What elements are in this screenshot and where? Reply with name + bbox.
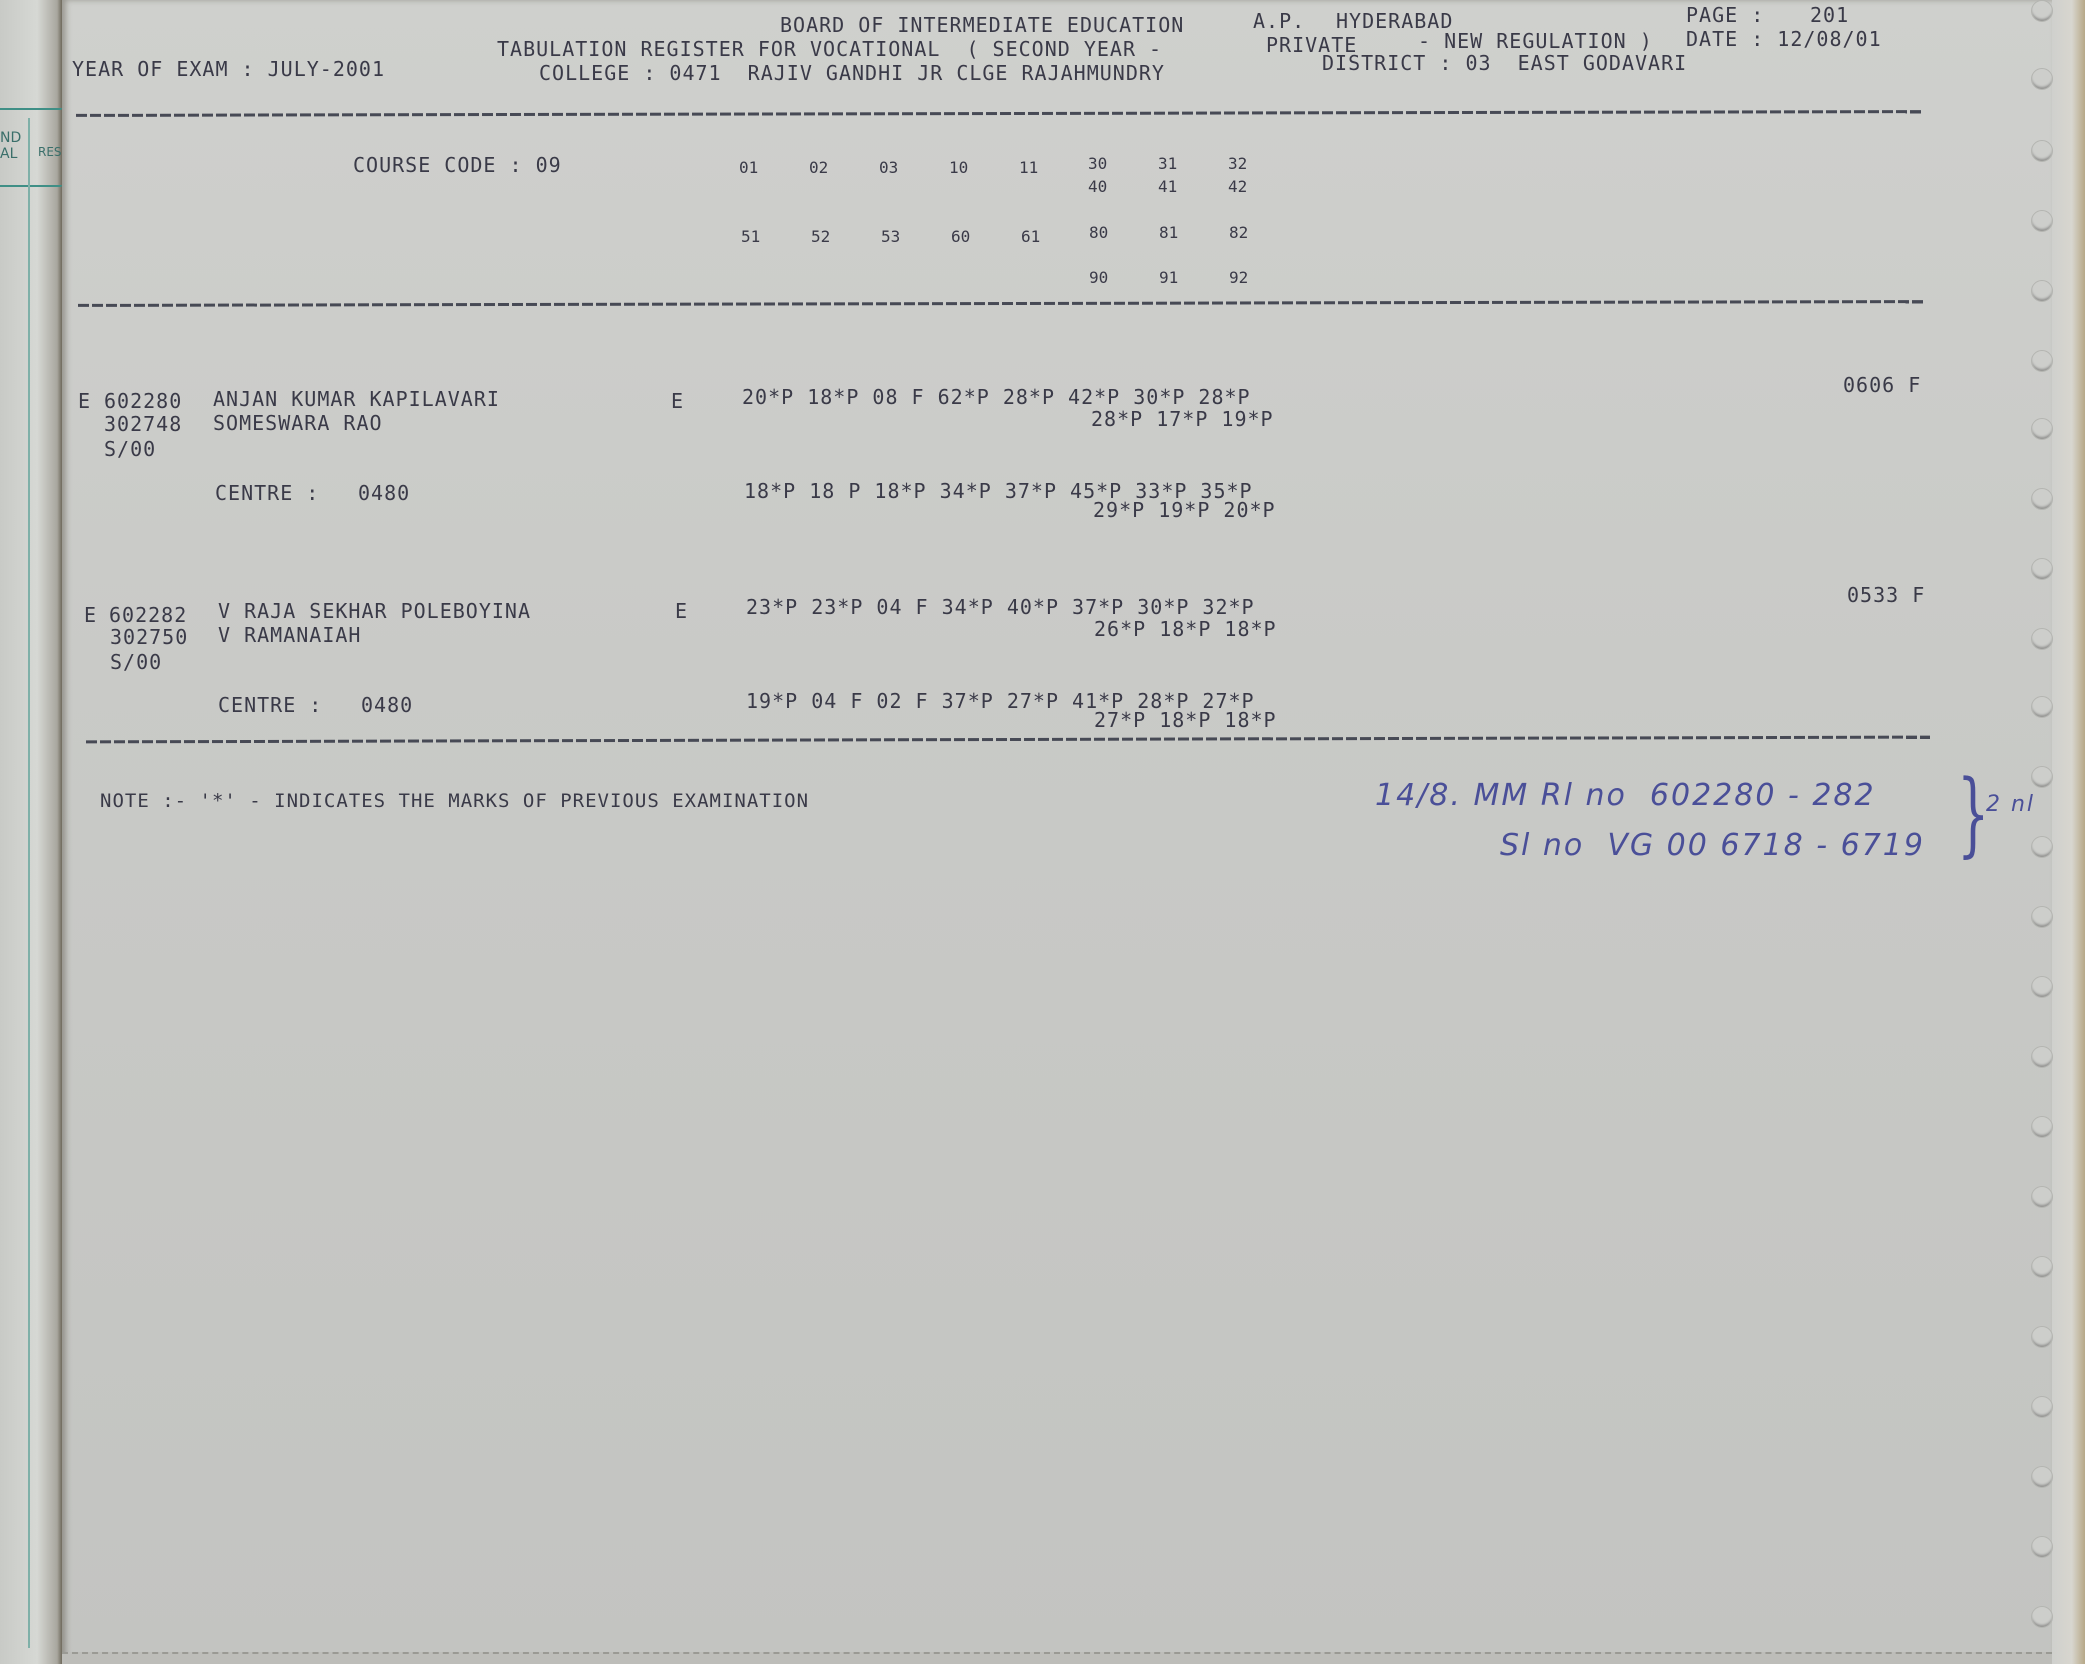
subject-code: 92: [1229, 268, 1299, 287]
marks-row: 20*P 18*P 08 F 62*P 28*P 42*P 30*P 28*P: [742, 386, 1251, 408]
page-bottom-edge: [62, 1652, 2052, 1664]
brace-icon: }: [1957, 768, 1989, 860]
subject-code: 60: [951, 227, 1021, 246]
feed-hole: [2031, 976, 2053, 998]
secondary-id: 302750: [110, 626, 188, 648]
binder-divider: [28, 118, 30, 1648]
feed-hole: [2031, 836, 2053, 858]
subject-code: 42: [1228, 177, 1298, 196]
feed-hole: [2031, 558, 2053, 580]
state-label: A.P.: [1253, 10, 1305, 32]
subject-code: 91: [1159, 268, 1229, 287]
roll-number: 602282: [109, 604, 187, 626]
roll-number: 602280: [104, 390, 182, 412]
subject-codes-row2-right-top: 80 81 82: [1089, 223, 1299, 242]
subject-code: 61: [1021, 227, 1091, 246]
subject-code: 32: [1228, 154, 1298, 173]
district-label: DISTRICT : 03 EAST GODAVARI: [1322, 52, 1687, 74]
subject-code: 01: [739, 158, 809, 177]
subject-code: 41: [1158, 177, 1228, 196]
college-label: COLLEGE : 0471 RAJIV GANDHI JR CLGE RAJA…: [539, 62, 1165, 84]
handwritten-note-line1: 14/8. MM Rl no 602280 - 282: [1375, 778, 1876, 813]
subject-codes-row2-right-bottom: 90 91 92: [1089, 268, 1299, 287]
feed-hole: [2031, 628, 2053, 650]
total-result: 0606 F: [1843, 374, 1921, 396]
feed-hole: [2031, 1046, 2053, 1068]
subject-code: 90: [1089, 268, 1159, 287]
subject-codes-row2: 51 52 53 60 61: [741, 227, 1091, 246]
subject-code: 11: [1019, 158, 1089, 177]
subject-code: 81: [1159, 223, 1229, 242]
feed-hole: [2031, 488, 2053, 510]
feed-hole: [2031, 1536, 2053, 1558]
subject-code: 10: [949, 158, 1019, 177]
feed-hole: [2031, 696, 2053, 718]
feed-hole: [2031, 0, 2053, 22]
feed-hole: [2031, 1326, 2053, 1348]
secondary-id: 302748: [104, 413, 182, 435]
marks-row: 29*P 19*P 20*P: [1093, 499, 1276, 521]
subject-code: 03: [879, 158, 949, 177]
feed-hole: [2031, 68, 2053, 90]
status-code: S/00: [110, 651, 162, 673]
handwritten-side-note: 2 nl: [1986, 792, 2035, 817]
paper-edge: [2052, 0, 2085, 1664]
board-title: BOARD OF INTERMEDIATE EDUCATION: [780, 14, 1184, 36]
student-name: V RAJA SEKHAR POLEBOYINA: [218, 600, 531, 622]
subject-code: 02: [809, 158, 879, 177]
marks-row: 23*P 23*P 04 F 34*P 40*P 37*P 30*P 32*P: [746, 596, 1255, 618]
feed-hole: [2031, 280, 2053, 302]
binder-line: [0, 185, 62, 187]
binder-label: AL: [0, 146, 17, 162]
year-of-exam: YEAR OF EXAM : JULY-2001: [72, 58, 385, 80]
father-name: SOMESWARA RAO: [213, 412, 383, 434]
subject-code: 53: [881, 227, 951, 246]
medium: E: [675, 600, 688, 622]
subject-code: 80: [1089, 223, 1159, 242]
feed-hole: [2031, 906, 2053, 928]
student-name: ANJAN KUMAR KAPILAVARI: [213, 388, 500, 410]
subject-code: 52: [811, 227, 881, 246]
subject-code: 40: [1088, 177, 1158, 196]
binder-strip: ND AL RES: [0, 0, 62, 1664]
medium: E: [671, 390, 684, 412]
feed-hole: [2031, 1466, 2053, 1488]
centre-code: 0480: [361, 694, 413, 716]
status-code: S/00: [104, 438, 156, 460]
binder-label: RES: [38, 144, 62, 160]
regulation-label: - NEW REGULATION ): [1418, 30, 1653, 52]
feed-hole: [2031, 1606, 2053, 1628]
binder-line: [0, 108, 62, 110]
course-code: COURSE CODE : 09: [353, 154, 562, 176]
record-prefix: E: [84, 604, 97, 626]
subject-codes-row1: 01 02 03 10 11: [739, 158, 1089, 177]
page-number: 201: [1810, 4, 1849, 26]
feed-hole: [2031, 350, 2053, 372]
centre-code: 0480: [358, 482, 410, 504]
feed-hole: [2031, 210, 2053, 232]
feed-hole: [2031, 1186, 2053, 1208]
register-title: TABULATION REGISTER FOR VOCATIONAL ( SEC…: [497, 38, 1162, 60]
footnote: NOTE :- '*' - INDICATES THE MARKS OF PRE…: [100, 790, 809, 812]
centre-label: CENTRE :: [215, 482, 319, 504]
feed-hole: [2031, 418, 2053, 440]
subject-code: 30: [1088, 154, 1158, 173]
feed-hole: [2031, 1256, 2053, 1278]
feed-hole: [2031, 1116, 2053, 1138]
subject-codes-row1-right-bottom: 40 41 42: [1088, 177, 1298, 196]
centre-label: CENTRE :: [218, 694, 322, 716]
feed-hole: [2031, 766, 2053, 788]
subject-code: 82: [1229, 223, 1299, 242]
record-prefix: E: [78, 390, 91, 412]
marks-row: 26*P 18*P 18*P: [1094, 618, 1277, 640]
total-result: 0533 F: [1847, 584, 1925, 606]
subject-codes-row1-right-top: 30 31 32: [1088, 154, 1298, 173]
marks-row: 27*P 18*P 18*P: [1094, 709, 1277, 731]
subject-code: 31: [1158, 154, 1228, 173]
subject-code: 51: [741, 227, 811, 246]
page-label: PAGE :: [1686, 4, 1764, 26]
date-label: DATE : 12/08/01: [1686, 28, 1882, 50]
marks-row: 28*P 17*P 19*P: [1091, 408, 1274, 430]
father-name: V RAMANAIAH: [218, 624, 361, 646]
feed-hole: [2031, 140, 2053, 162]
feed-hole: [2031, 1396, 2053, 1418]
binder-label: ND: [0, 130, 21, 146]
handwritten-note-line2: Sl no VG 00 6718 - 6719: [1500, 828, 1925, 863]
